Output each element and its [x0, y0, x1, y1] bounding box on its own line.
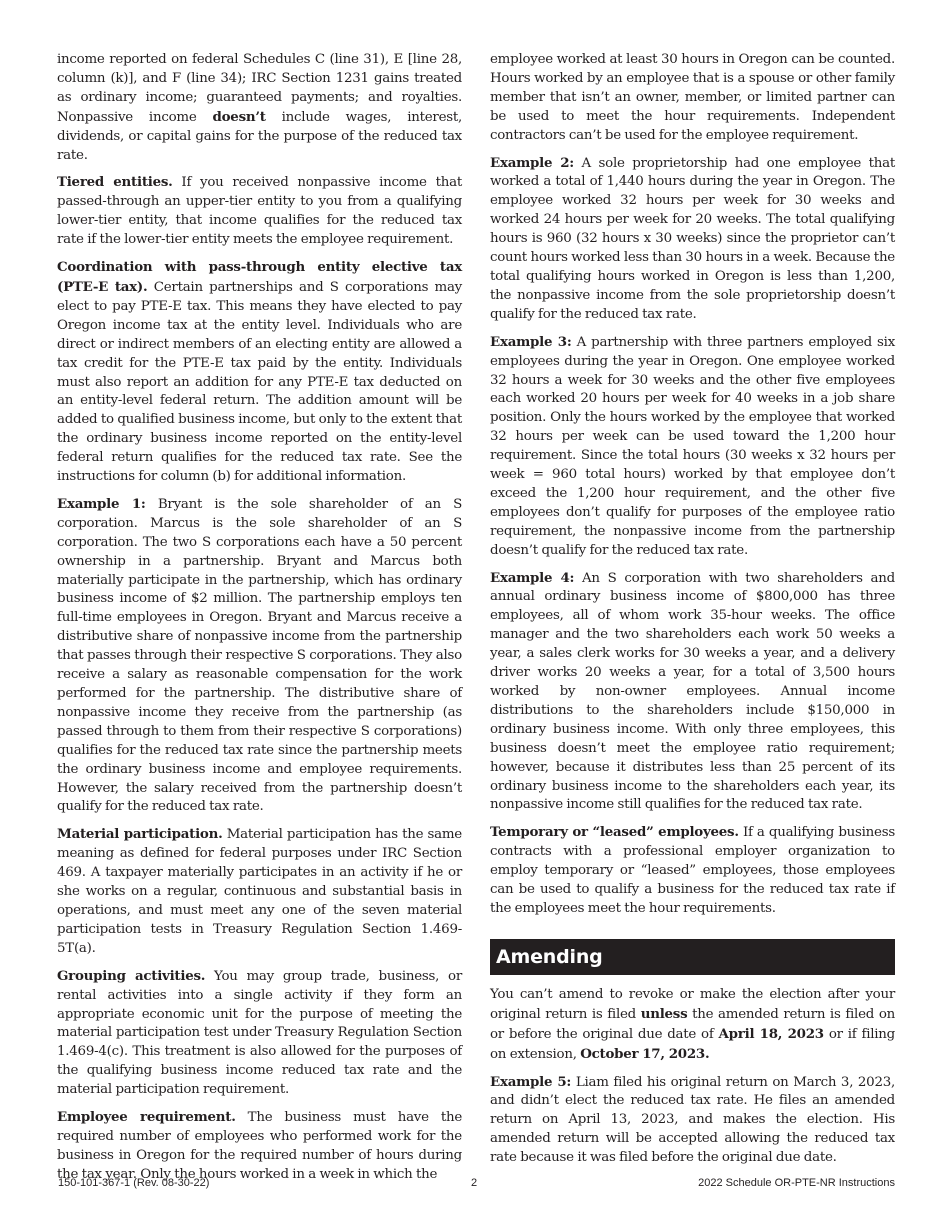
tiered-entities-paragraph: Tiered entities. If you received nonpass…: [57, 173, 462, 250]
employee-requirement-continued-paragraph: employee worked at least 30 hours in Ore…: [490, 51, 895, 146]
employee-requirement-paragraph: Employee requirement. The business must …: [57, 1108, 462, 1185]
example-1-label: Example 1:: [57, 496, 146, 512]
example-4-label: Example 4:: [490, 570, 574, 586]
example-3-label: Example 3:: [490, 334, 572, 350]
pte-e-coordination-paragraph: Coordination with pass-through entity el…: [57, 258, 462, 487]
temporary-leased-employees-paragraph: Temporary or “leased” employees. If a qu…: [490, 823, 895, 919]
example-4-paragraph: Example 4: An S corporation with two sha…: [490, 569, 895, 816]
example-2-label: Example 2:: [490, 155, 574, 171]
footer-form-number: 150-101-367-1 (Rev. 08-30-22): [58, 1177, 209, 1189]
grouping-activities-paragraph: Grouping activities. You may group trade…: [57, 967, 462, 1100]
amending-section-header: Amending: [490, 939, 895, 975]
document-page: income reported on federal Schedules C (…: [0, 0, 950, 1230]
tiered-entities-heading: Tiered entities.: [57, 174, 173, 190]
footer-page-number: 2: [471, 1177, 477, 1189]
example-3-paragraph: Example 3: A partnership with three part…: [490, 333, 895, 561]
grouping-activities-heading: Grouping activities.: [57, 968, 205, 984]
nonpassive-income-paragraph: income reported on federal Schedules C (…: [57, 51, 462, 165]
material-participation-heading: Material participation.: [57, 826, 222, 842]
material-participation-paragraph: Material participation. Material partici…: [57, 825, 462, 958]
footer-document-title: 2022 Schedule OR-PTE-NR Instructions: [698, 1177, 895, 1189]
right-column: employee worked at least 30 hours in Ore…: [490, 51, 895, 1176]
temporary-leased-employees-heading: Temporary or “leased” employees.: [490, 824, 739, 840]
example-5-label: Example 5:: [490, 1074, 571, 1090]
example-5-paragraph: Example 5: Liam filed his original retur…: [490, 1073, 895, 1169]
employee-requirement-heading: Employee requirement.: [57, 1109, 236, 1125]
example-1-paragraph: Example 1: Bryant is the sole shareholde…: [57, 495, 462, 817]
left-column: income reported on federal Schedules C (…: [57, 51, 462, 1193]
example-2-paragraph: Example 2: A sole proprietorship had one…: [490, 154, 895, 325]
amending-paragraph: You can’t amend to revoke or make the el…: [490, 986, 895, 1065]
